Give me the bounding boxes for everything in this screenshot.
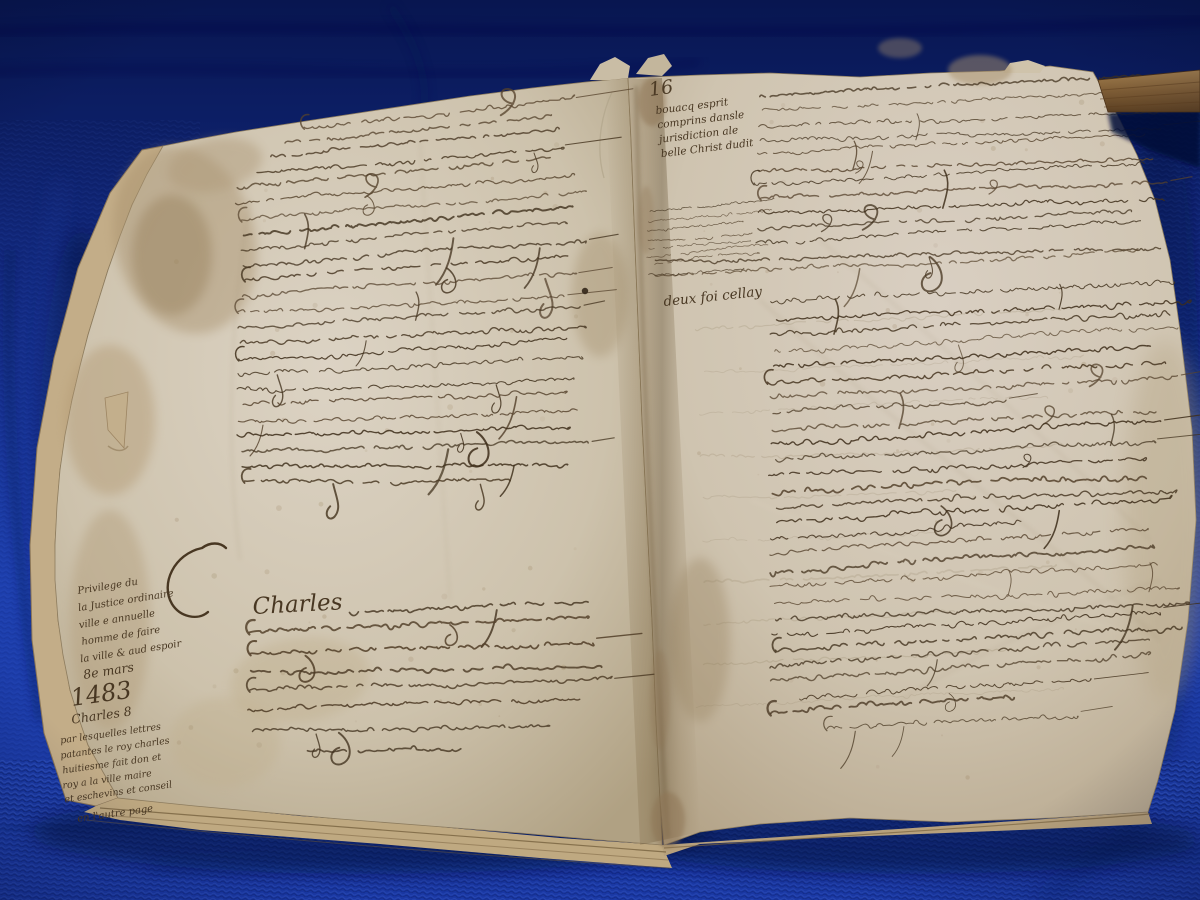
vignette bbox=[0, 0, 1200, 900]
manuscript-photo: 16 bouacq esprit comprins dansle jurisdi… bbox=[0, 0, 1200, 900]
